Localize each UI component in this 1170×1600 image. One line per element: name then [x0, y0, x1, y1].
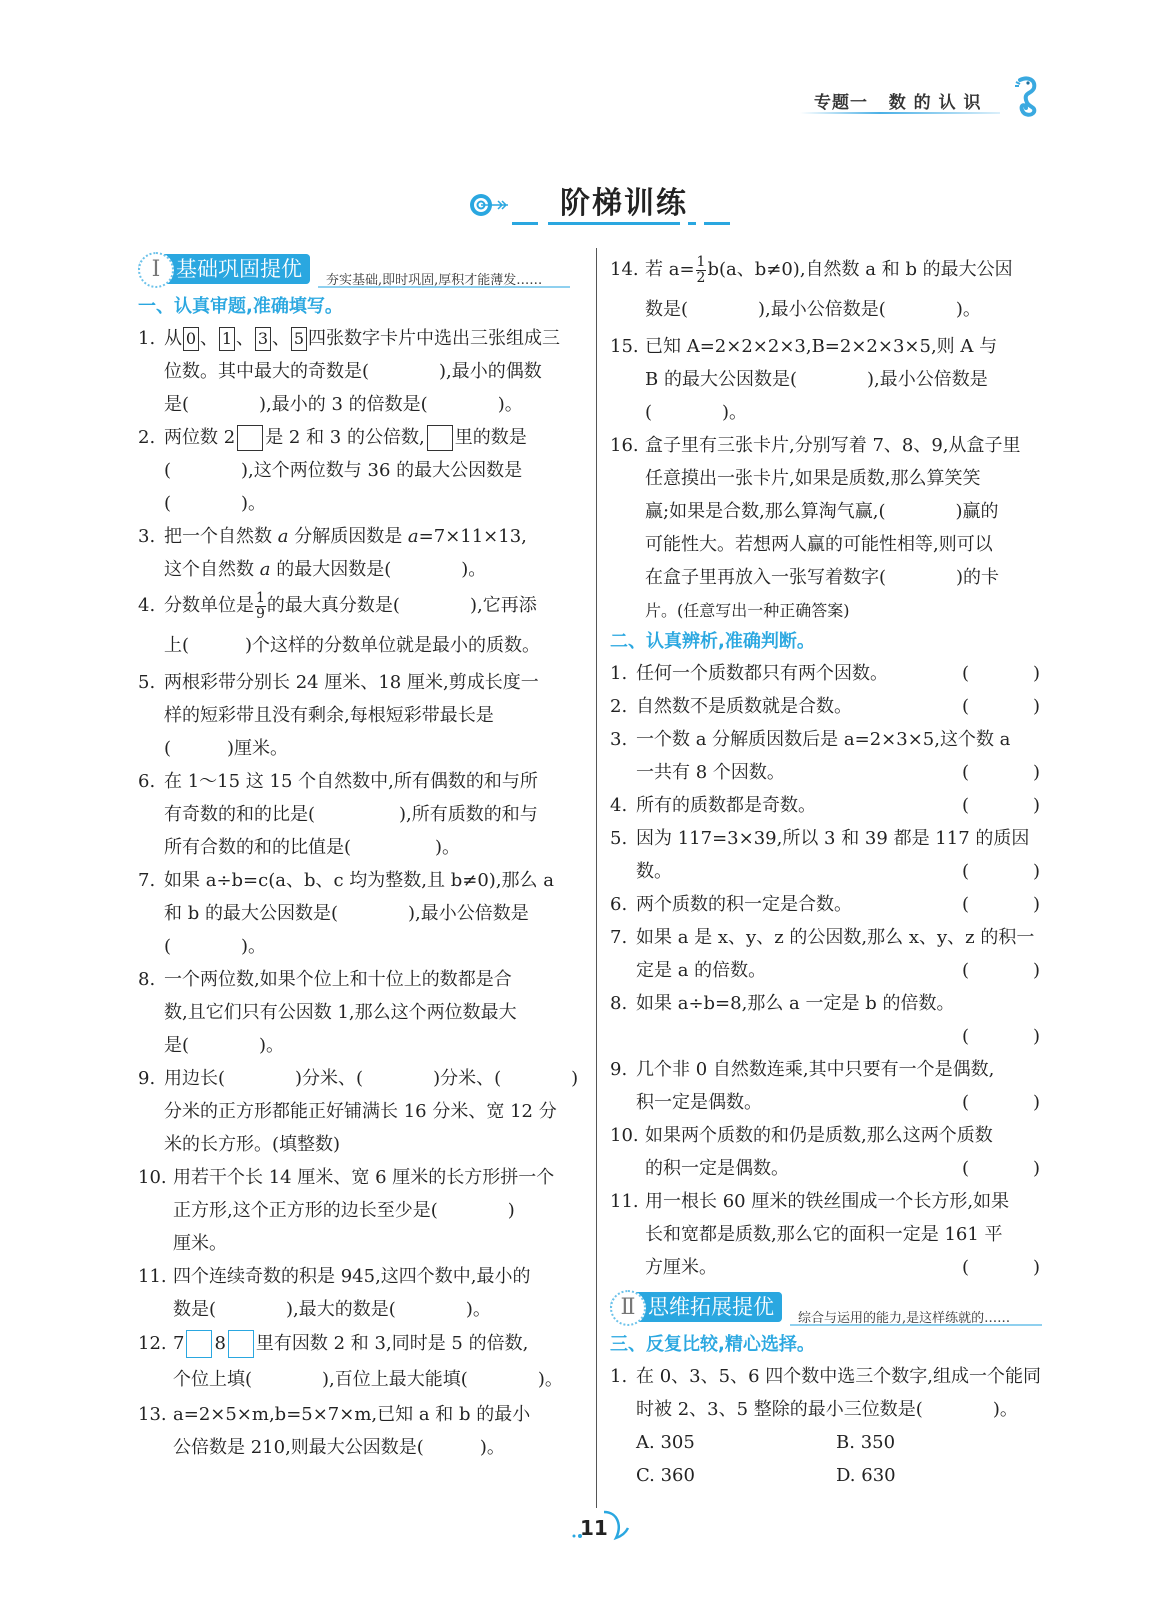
- part2-banner: 思维拓展提优 Ⅱ 综合与运用的能力,是这样练就的……: [610, 1288, 1050, 1328]
- title-dash: [512, 222, 538, 225]
- page-number-block: 11: [570, 1508, 650, 1548]
- question-16: 16. 盒子里有三张卡片,分别写着 7、8、9,从盒子里 任意摸出一张卡片,如果…: [610, 429, 1050, 627]
- question-8: 8. 一个两位数,如果个位上和十位上的数都是合 数,且它们只有公因数 1,那么这…: [138, 963, 578, 1062]
- part2-slogan: 综合与运用的能力,是这样练就的……: [798, 1302, 1010, 1335]
- option-d[interactable]: D. 630: [836, 1459, 1036, 1492]
- digit-card: 3: [255, 327, 271, 351]
- choice-options-row: C. 360 D. 630: [610, 1459, 1050, 1492]
- judgement-item: 5.因为 117=3×39,所以 3 和 39 都是 117 的质因数。(): [610, 822, 1050, 888]
- question-9: 9. 用边长()分米、()分米、() 分米的正方形都能正好铺满长 16 分米、宽…: [138, 1062, 578, 1161]
- question-13: 13. a=2×5×m,b=5×7×m,已知 a 和 b 的最小 公倍数是 21…: [138, 1398, 578, 1464]
- digit-box[interactable]: [228, 1330, 254, 1358]
- part2-roman-numeral: Ⅱ: [610, 1290, 646, 1326]
- choice-options-row: A. 305 B. 350: [610, 1426, 1050, 1459]
- question-12: 12. 78里有因数 2 和 3,同时是 5 的倍数, 个位上填(),百位上最大…: [138, 1326, 578, 1398]
- judgement-answer-parentheses[interactable]: (): [962, 1086, 1040, 1119]
- header-underline: [800, 112, 1000, 114]
- judgement-item: 11.用一根长 60 厘米的铁丝围成一个长方形,如果长和宽都是质数,那么它的面积…: [610, 1185, 1050, 1284]
- judgement-item: 4.所有的质数都是奇数。(): [610, 789, 1050, 822]
- judgement-answer-parentheses[interactable]: (): [962, 1152, 1040, 1185]
- judgement-item: 2.自然数不是质数就是合数。(): [610, 690, 1050, 723]
- judgement-answer-parentheses[interactable]: (): [962, 855, 1040, 888]
- question-5: 5. 两根彩带分别长 24 厘米、18 厘米,剪成长度一 样的短彩带且没有剩余,…: [138, 666, 578, 765]
- title-dash: [704, 222, 730, 225]
- question-15: 15. 已知 A=2×2×2×3,B=2×2×3×5,则 A 与 B 的最大公因…: [610, 330, 1050, 429]
- judgement-answer-parentheses[interactable]: (): [962, 954, 1040, 987]
- judgement-item: 6.两个质数的积一定是合数。(): [610, 888, 1050, 921]
- seahorse-icon: [1010, 74, 1042, 118]
- question-14: 14. 若 a=12b(a、b≠0),自然数 a 和 b 的最大公因 数是(),…: [610, 250, 1050, 330]
- question-3: 3. 把一个自然数 a 分解质因数是 a=7×11×13, 这个自然数 a 的最…: [138, 520, 578, 586]
- judgement-answer-parentheses[interactable]: (): [962, 1251, 1040, 1284]
- part1-roman-numeral: Ⅰ: [138, 252, 174, 288]
- question-10: 10. 用若干个长 14 厘米、宽 6 厘米的长方形拼一个 正方形,这个正方形的…: [138, 1161, 578, 1260]
- judgement-list: 1.任何一个质数都只有两个因数。()2.自然数不是质数就是合数。()3.一个数 …: [610, 657, 1050, 1284]
- judgement-answer-parentheses[interactable]: (): [962, 690, 1040, 723]
- digit-box[interactable]: [237, 425, 263, 451]
- question-7: 7. 如果 a÷b=c(a、b、c 均为整数,且 b≠0),那么 a 和 b 的…: [138, 864, 578, 963]
- page-title: 阶梯训练: [560, 178, 688, 222]
- title-dash: [688, 222, 696, 225]
- question-2: 2. 两位数 2是 2 和 3 的公倍数,里的数是 (),这个两位数与 36 的…: [138, 421, 578, 520]
- part1-slogan: 夯实基础,即时巩固,厚积才能薄发……: [326, 264, 542, 297]
- judgement-item: 9.几个非 0 自然数连乘,其中只要有一个是偶数,积一定是偶数。(): [610, 1053, 1050, 1119]
- option-a[interactable]: A. 305: [636, 1426, 836, 1459]
- title-dash: [548, 222, 680, 225]
- judgement-item: 10.如果两个质数的和仍是质数,那么这两个质数的积一定是偶数。(): [610, 1119, 1050, 1185]
- fraction: 12: [696, 255, 707, 286]
- right-column: 14. 若 a=12b(a、b≠0),自然数 a 和 b 的最大公因 数是(),…: [610, 250, 1050, 1492]
- judgement-item: 7.如果 a 是 x、y、z 的公因数,那么 x、y、z 的积一定是 a 的倍数…: [610, 921, 1050, 987]
- page-number: 11: [580, 1516, 608, 1540]
- banner-line: [790, 1324, 1042, 1326]
- page-title-block: 阶梯训练: [460, 178, 750, 228]
- judgement-item: 1.任何一个质数都只有两个因数。(): [610, 657, 1050, 690]
- judgement-answer-parentheses[interactable]: (): [962, 756, 1040, 789]
- question-11: 11. 四个连续奇数的积是 945,这四个数中,最小的 数是(),最大的数是()…: [138, 1260, 578, 1326]
- chapter-title: 专题一 数 的 认 识: [814, 88, 982, 113]
- part1-banner: 基础巩固提优 Ⅰ 夯实基础,即时巩固,厚积才能薄发……: [138, 250, 578, 290]
- option-b[interactable]: B. 350: [836, 1426, 1036, 1459]
- banner-line: [318, 286, 570, 288]
- section2-title: 二、认真辨析,准确判断。: [610, 627, 1050, 657]
- judgement-answer-parentheses[interactable]: (): [962, 789, 1040, 822]
- left-column: 基础巩固提优 Ⅰ 夯实基础,即时巩固,厚积才能薄发…… 一、认真审题,准确填写。…: [138, 250, 578, 1464]
- target-arrow-icon: [468, 192, 512, 218]
- digit-card: 1: [219, 327, 235, 351]
- question-1: 1. 从0、1、3、5四张数字卡片中选出三张组成三 位数。其中最大的奇数是(),…: [138, 322, 578, 421]
- digit-card: 0: [183, 327, 199, 351]
- question-4: 4. 分数单位是19的最大真分数是(),它再添 上()个这样的分数单位就是最小的…: [138, 586, 578, 666]
- digit-box[interactable]: [186, 1330, 212, 1358]
- digit-box: [427, 425, 453, 451]
- option-c[interactable]: C. 360: [636, 1459, 836, 1492]
- judgement-answer-parentheses[interactable]: (): [962, 1020, 1040, 1053]
- fraction: 19: [255, 591, 266, 622]
- question-6: 6. 在 1～15 这 15 个自然数中,所有偶数的和与所 有奇数的和的比是()…: [138, 765, 578, 864]
- digit-card: 5: [291, 327, 307, 351]
- chapter-header: 专题一 数 的 认 识: [800, 82, 1050, 122]
- judgement-item: 8.如果 a÷b=8,那么 a 一定是 b 的倍数。 (): [610, 987, 1050, 1053]
- judgement-answer-parentheses[interactable]: (): [962, 888, 1040, 921]
- column-divider: [596, 248, 597, 1508]
- judgement-answer-parentheses[interactable]: (): [962, 657, 1040, 690]
- choice-question-1: 1. 在 0、3、5、6 四个数中选三个数字,组成一个能同 时被 2、3、5 整…: [610, 1360, 1050, 1426]
- judgement-item: 3.一个数 a 分解质因数后是 a=2×3×5,这个数 a一共有 8 个因数。(…: [610, 723, 1050, 789]
